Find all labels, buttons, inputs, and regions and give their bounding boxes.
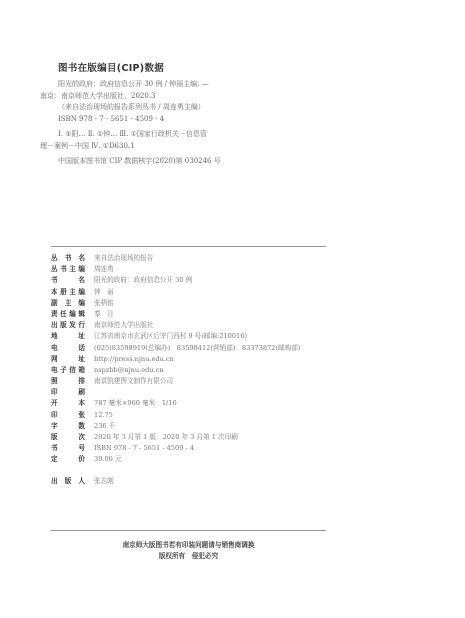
colophon-value: 南京凯建图文制作有限公司 bbox=[94, 376, 173, 387]
cip-line-classification-cont: 理－案例－中国 Ⅳ. ①D630.1 bbox=[40, 141, 330, 153]
colophon-label: 字数 bbox=[51, 421, 94, 432]
colophon-row: 版次2020 年 3 月第 1 版 2020 年 3 月第 1 次印刷 bbox=[51, 432, 351, 443]
colophon-label: 书号 bbox=[51, 443, 94, 454]
colophon-label: 书名 bbox=[51, 275, 94, 286]
colophon-label: 地址 bbox=[51, 331, 94, 342]
colophon-row: 字数236 千 bbox=[51, 421, 351, 432]
colophon-row: 印张12.75 bbox=[51, 410, 351, 421]
colophon-table: 丛书名来自法治现场的报告丛书主编周连勇书名阳光的政府：政府信息公开 30 例本册… bbox=[51, 253, 351, 487]
colophon-value: 39.00 元 bbox=[94, 454, 122, 465]
colophon-row: 电子信箱nspzbb@njnu.edu.cn bbox=[51, 365, 351, 376]
colophon-label: 责任编辑 bbox=[51, 309, 94, 320]
colophon-value: 2020 年 3 月第 1 版 2020 年 3 月第 1 次印刷 bbox=[94, 432, 238, 443]
colophon-row: 印刷 bbox=[51, 387, 351, 398]
copyright-page: 图书在版编目(CIP)数据 阳光的政府：政府信息公开 30 例 / 钟丽主编. … bbox=[0, 0, 465, 618]
colophon-value: 787 毫米×960 毫米 1/16 bbox=[94, 398, 177, 409]
colophon-row: 书号ISBN 978 - 7 - 5651 - 4509 - 4 bbox=[51, 443, 351, 454]
colophon-label: 丛书主编 bbox=[51, 264, 94, 275]
cip-line-record-number: 中国版本图书馆 CIP 数据核字(2020)第 030246 号 bbox=[40, 156, 330, 168]
cip-line-title: 阳光的政府：政府信息公开 30 例 / 钟丽主编. — bbox=[40, 79, 330, 91]
colophon-value: ISBN 978 - 7 - 5651 - 4509 - 4 bbox=[94, 443, 194, 454]
colophon-value: (025)83598919(总编办) 83598412(营销部) 8337387… bbox=[94, 343, 300, 354]
colophon-row: 网址http://press.njnu.edu.cn bbox=[51, 354, 351, 365]
cip-line-series: （来自法治现场的报告系列丛书 / 周连勇主编） bbox=[40, 102, 330, 114]
colophon-value: http://press.njnu.edu.cn bbox=[94, 354, 174, 365]
colophon-label: 副主编 bbox=[51, 298, 94, 309]
colophon-row: 定价39.00 元 bbox=[51, 454, 351, 465]
colophon-value: 秦 月 bbox=[94, 309, 114, 320]
colophon-label: 网址 bbox=[51, 354, 94, 365]
notice: 南京师大版图书若有印装问题请与销售商调换 版权所有 侵犯必究 bbox=[51, 540, 326, 562]
bottom-divider bbox=[51, 530, 326, 531]
cip-title: 图书在版编目(CIP)数据 bbox=[58, 60, 164, 74]
colophon-value: 南京师范大学出版社 bbox=[94, 320, 153, 331]
colophon-value: nspzbb@njnu.edu.cn bbox=[94, 365, 164, 376]
colophon-label: 印张 bbox=[51, 410, 94, 421]
colophon-value: 周连勇 bbox=[94, 264, 114, 275]
colophon-label: 本册主编 bbox=[51, 287, 94, 298]
top-divider bbox=[51, 246, 326, 247]
colophon-row: 地址江苏省南京市玄武区后宰门西村 9 号(邮编:210016) bbox=[51, 331, 351, 342]
colophon-row-publisher: 出版人张志刚 bbox=[51, 476, 351, 487]
colophon-value: 来自法治现场的报告 bbox=[94, 253, 153, 264]
notice-line-exchange: 南京师大版图书若有印装问题请与销售商调换 bbox=[51, 540, 326, 551]
colophon-row: 书名阳光的政府：政府信息公开 30 例 bbox=[51, 275, 351, 286]
colophon-label: 出版发行 bbox=[51, 320, 94, 331]
cip-record: 阳光的政府：政府信息公开 30 例 / 钟丽主编. — 南京：南京师范大学出版社… bbox=[40, 79, 330, 168]
colophon-label: 出版人 bbox=[51, 476, 94, 487]
colophon-label: 开本 bbox=[51, 398, 94, 409]
colophon-value: 张梧铭 bbox=[94, 298, 114, 309]
colophon-value: 236 千 bbox=[94, 421, 115, 432]
colophon-row: 电话(025)83598919(总编办) 83598412(营销部) 83373… bbox=[51, 343, 351, 354]
colophon-row: 责任编辑秦 月 bbox=[51, 309, 351, 320]
colophon-row: 开本787 毫米×960 毫米 1/16 bbox=[51, 398, 351, 409]
colophon-label: 电话 bbox=[51, 343, 94, 354]
colophon-label: 照排 bbox=[51, 376, 94, 387]
cip-line-classification: Ⅰ. ①阳… Ⅱ. ①钟… Ⅲ. ①国家行政机关－信息管 bbox=[40, 129, 330, 141]
colophon-row: 丛书主编周连勇 bbox=[51, 264, 351, 275]
colophon-row: 本册主编钟 丽 bbox=[51, 287, 351, 298]
colophon-value: 张志刚 bbox=[94, 476, 114, 487]
colophon-label: 印刷 bbox=[51, 387, 94, 398]
colophon-row: 丛书名来自法治现场的报告 bbox=[51, 253, 351, 264]
colophon-row: 照排南京凯建图文制作有限公司 bbox=[51, 376, 351, 387]
colophon-value: 江苏省南京市玄武区后宰门西村 9 号(邮编:210016) bbox=[94, 331, 247, 342]
colophon-row: 副主编张梧铭 bbox=[51, 298, 351, 309]
colophon-row: 出版发行南京师范大学出版社 bbox=[51, 320, 351, 331]
colophon-label: 定价 bbox=[51, 454, 94, 465]
colophon-label: 丛书名 bbox=[51, 253, 94, 264]
colophon-label: 电子信箱 bbox=[51, 365, 94, 376]
colophon-label: 版次 bbox=[51, 432, 94, 443]
cip-line-isbn: ISBN 978 - 7 - 5651 - 4509 - 4 bbox=[40, 114, 330, 126]
colophon-value: 钟 丽 bbox=[94, 287, 114, 298]
notice-line-copyright: 版权所有 侵犯必究 bbox=[51, 551, 326, 562]
colophon-value: 阳光的政府：政府信息公开 30 例 bbox=[94, 275, 192, 286]
cip-line-publisher: 南京：南京师范大学出版社，2020.3 bbox=[40, 91, 330, 103]
colophon-value: 12.75 bbox=[94, 410, 113, 421]
